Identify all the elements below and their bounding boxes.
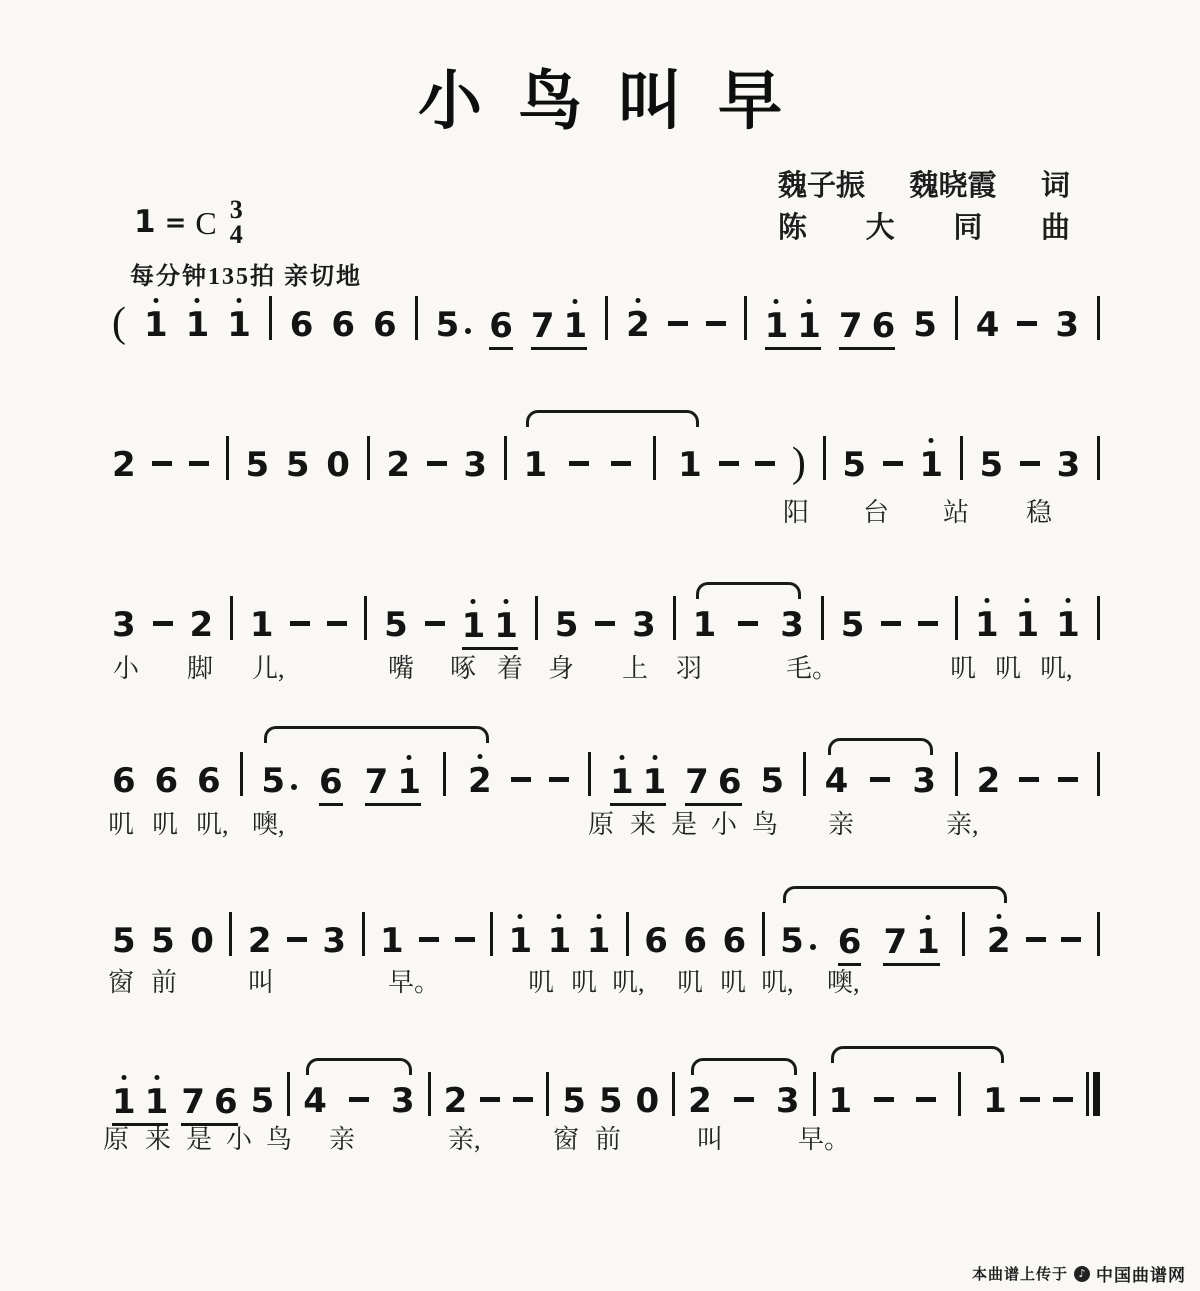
note-glyph: 2 xyxy=(468,764,492,798)
note-glyph: 1 xyxy=(227,308,251,342)
note-digit: 7 xyxy=(365,765,389,799)
note-glyph: 1 xyxy=(916,925,940,959)
note-glyph: 6 xyxy=(644,924,668,958)
note-digit: 2 xyxy=(468,764,492,798)
barline xyxy=(490,912,493,956)
slur-arc: 11 xyxy=(523,436,701,482)
note-glyph: 6 xyxy=(290,308,314,342)
note-glyph: 3 xyxy=(322,924,346,958)
note-glyph: 7 xyxy=(531,309,555,343)
duration-dash xyxy=(1061,937,1081,942)
note-digit: 7 xyxy=(181,1085,205,1119)
note-digit: 5 xyxy=(760,764,784,798)
music-line-6: 117654325502311 xyxy=(112,1072,1100,1118)
note-digit: 1 xyxy=(186,308,210,342)
beam-group: 11 xyxy=(462,609,518,650)
note-digit: 5 xyxy=(245,448,269,482)
barline xyxy=(653,436,656,480)
barline xyxy=(958,1072,961,1116)
note-glyph: 5 xyxy=(842,448,866,482)
barline xyxy=(546,1072,549,1116)
lyric-syllable: 叽, xyxy=(612,970,645,996)
beam-group: 71 xyxy=(365,765,421,806)
duration-dash xyxy=(1017,321,1037,326)
lyric-syllable: 叽 xyxy=(528,970,554,996)
lyric-syllable: 叫 xyxy=(697,1127,723,1153)
lyric-syllable: 叽, xyxy=(1040,656,1073,682)
lyric-syllable: 叫 xyxy=(248,970,274,996)
note-digit: 1 xyxy=(1016,608,1040,642)
note-digit: 1 xyxy=(983,1084,1007,1118)
close-paren: ) xyxy=(792,446,806,482)
note-glyph: 5 xyxy=(151,924,175,958)
note-digit: 1 xyxy=(975,608,999,642)
note-digit: 0 xyxy=(636,1084,660,1118)
note-digit: 5 xyxy=(599,1084,623,1118)
note-glyph: 1 xyxy=(693,608,717,642)
note-digit: 2 xyxy=(248,924,272,958)
beam-group: 71 xyxy=(883,925,939,966)
note-digit: 5 xyxy=(913,308,937,342)
note-glyph: 5 xyxy=(562,1084,586,1118)
lyric-syllable: 小 xyxy=(113,656,139,682)
note-glyph: 5 xyxy=(384,608,408,642)
note-digit: 1 xyxy=(919,448,943,482)
tempo-marking: 每分钟135拍 亲切地 xyxy=(130,256,362,291)
lyric-syllable: 站 xyxy=(943,500,969,526)
barline xyxy=(1097,912,1100,956)
beam-group: 11 xyxy=(112,1085,168,1126)
note-glyph: 2 xyxy=(248,924,272,958)
note-glyph: 1 xyxy=(548,924,572,958)
lyric-syllable: 儿, xyxy=(252,656,285,682)
lyric-syllable: 小 xyxy=(711,812,737,838)
composer-credit: 陈大同曲 xyxy=(778,214,1070,243)
note-digit: 5 xyxy=(112,924,136,958)
song-title: 小鸟叫早 xyxy=(0,50,1200,142)
note-digit: 0 xyxy=(190,924,214,958)
time-denominator: 4 xyxy=(230,223,243,248)
lyric-syllable: 噢, xyxy=(827,970,860,996)
note-glyph: 4 xyxy=(976,308,1000,342)
note-glyph: 5 xyxy=(112,924,136,958)
music-line-4: 6665671211765432 xyxy=(112,752,1100,798)
barline xyxy=(821,596,824,640)
duration-dash xyxy=(1020,461,1040,466)
note-digit: 6 xyxy=(155,764,179,798)
note-digit: 1 xyxy=(587,924,611,958)
note-glyph: 4 xyxy=(825,764,849,798)
duration-dash xyxy=(1019,777,1039,782)
credit-text: 魏晓霞 xyxy=(909,172,996,201)
note-digit: 2 xyxy=(688,1084,712,1118)
duration-dash xyxy=(511,777,531,782)
site-logo-icon xyxy=(1074,1266,1090,1282)
note-digit: 7 xyxy=(883,925,907,959)
music-line-2: 25502311)5153 xyxy=(112,436,1100,482)
note-glyph: 6 xyxy=(489,309,513,343)
note-glyph: 0 xyxy=(636,1084,660,1118)
lyric-syllable: 叽 xyxy=(152,812,178,838)
note-glyph: 5 xyxy=(979,448,1003,482)
note-glyph: 1 xyxy=(797,309,821,343)
lyric-syllable: 毛。 xyxy=(786,656,838,682)
note-glyph: 1 xyxy=(678,448,702,482)
open-paren: ( xyxy=(112,306,126,342)
note-glyph: 0 xyxy=(326,448,350,482)
lyric-syllable: 叽, xyxy=(196,812,229,838)
note-digit: 1 xyxy=(380,924,404,958)
duration-dash xyxy=(189,461,209,466)
barline xyxy=(364,596,367,640)
credit-text: 词 xyxy=(1041,172,1070,201)
note-digit: 5 xyxy=(979,448,1003,482)
duration-dash xyxy=(883,461,903,466)
barline xyxy=(1097,436,1100,480)
note-digit: 2 xyxy=(987,924,1011,958)
note-digit: 1 xyxy=(494,609,518,643)
barline xyxy=(588,752,591,796)
duration-dash xyxy=(1020,1097,1040,1102)
lyric-syllable: 羽 xyxy=(676,656,702,682)
augmentation-dot xyxy=(810,944,816,950)
note-glyph: 7 xyxy=(685,765,709,799)
key-equals: = xyxy=(165,210,187,236)
note-digit: 6 xyxy=(197,764,221,798)
note-digit: 3 xyxy=(391,1084,415,1118)
barline xyxy=(605,296,608,340)
note-digit: 1 xyxy=(508,924,532,958)
barline xyxy=(1097,296,1100,340)
note-digit: 1 xyxy=(828,1084,852,1118)
lyric-syllable: 亲, xyxy=(946,812,979,838)
duration-dash xyxy=(513,1097,533,1102)
note-digit: 3 xyxy=(112,608,136,642)
barline xyxy=(955,296,958,340)
note-glyph: 2 xyxy=(189,608,213,642)
note-digit: 1 xyxy=(397,765,421,799)
barline xyxy=(229,912,232,956)
note-digit: 5 xyxy=(555,608,579,642)
note-glyph: 2 xyxy=(444,1084,468,1118)
music-line-1: (111666567121176543 xyxy=(112,296,1100,342)
lyric-syllable: 来 xyxy=(145,1127,171,1153)
key-tonic: 1 xyxy=(134,207,156,238)
lyric-syllable: 稳 xyxy=(1026,500,1052,526)
note-digit: 1 xyxy=(523,448,547,482)
lyric-syllable: 叽 xyxy=(720,970,746,996)
lyric-syllable: 上 xyxy=(622,656,648,682)
beam-group: 76 xyxy=(181,1085,237,1126)
final-barline xyxy=(1086,1072,1100,1118)
note-glyph: 1 xyxy=(523,448,547,482)
note-glyph: 1 xyxy=(1056,608,1080,642)
note-glyph: 1 xyxy=(494,609,518,643)
note-digit: 1 xyxy=(765,309,789,343)
note-glyph: 6 xyxy=(872,309,896,343)
note-digit: 5 xyxy=(151,924,175,958)
note-digit: 3 xyxy=(322,924,346,958)
note-glyph: 7 xyxy=(181,1085,205,1119)
note-glyph: 2 xyxy=(688,1084,712,1118)
duration-dash xyxy=(153,621,173,626)
duration-dash xyxy=(738,621,758,626)
note-digit: 7 xyxy=(531,309,555,343)
lyric-syllable: 亲 xyxy=(828,812,854,838)
note-digit: 6 xyxy=(872,309,896,343)
note-digit: 6 xyxy=(723,924,747,958)
barline xyxy=(269,296,272,340)
note-digit: 3 xyxy=(1055,308,1079,342)
lyric-syllable: 啄 xyxy=(450,656,476,682)
note-glyph: 3 xyxy=(780,608,804,642)
lyricist-credit: 魏子振魏晓霞词 xyxy=(778,172,1070,201)
duration-dash xyxy=(734,1097,754,1102)
lyric-syllable: 阳 xyxy=(783,500,809,526)
beam-group: 11 xyxy=(765,309,821,350)
note-digit: 6 xyxy=(112,764,136,798)
slur-arc: 43 xyxy=(303,1084,414,1118)
note-glyph: 1 xyxy=(765,309,789,343)
note-glyph: 5 xyxy=(286,448,310,482)
watermark: 本曲谱上传于 中国曲谱网 xyxy=(972,1261,1186,1286)
note-glyph: 6 xyxy=(718,765,742,799)
note-glyph: 6 xyxy=(838,925,862,959)
lyric-syllable: 叽 xyxy=(995,656,1021,682)
duration-dash xyxy=(1058,777,1078,782)
lyric-syllable: 原 xyxy=(588,812,614,838)
duration-dash xyxy=(1026,937,1046,942)
note-digit: 0 xyxy=(326,448,350,482)
lyric-syllable: 早。 xyxy=(388,970,440,996)
lyric-syllable: 鸟 xyxy=(266,1127,292,1153)
lyric-syllable: 叽 xyxy=(571,970,597,996)
note-digit: 1 xyxy=(548,924,572,958)
note-digit: 5 xyxy=(436,308,472,342)
barline xyxy=(803,752,806,796)
note-glyph: 3 xyxy=(776,1084,800,1118)
barline xyxy=(626,912,629,956)
duration-dash xyxy=(419,937,439,942)
duration-dash xyxy=(870,777,890,782)
note-digit: 2 xyxy=(626,308,650,342)
lyric-syllable: 窗 xyxy=(553,1127,579,1153)
note-glyph: 5 xyxy=(599,1084,623,1118)
note-digit: 2 xyxy=(386,448,410,482)
augmentation-dot xyxy=(291,784,297,790)
note-digit: 6 xyxy=(373,308,397,342)
note-glyph: 1 xyxy=(1016,608,1040,642)
barline xyxy=(960,436,963,480)
note-glyph: 4 xyxy=(303,1084,327,1118)
note-glyph: 7 xyxy=(839,309,863,343)
note-digit: 3 xyxy=(632,608,656,642)
lyric-syllable: 亲, xyxy=(448,1127,481,1153)
note-digit: 1 xyxy=(145,1085,169,1119)
lyric-syllable: 来 xyxy=(630,812,656,838)
note-digit: 3 xyxy=(463,448,487,482)
duration-dash xyxy=(287,937,307,942)
note-digit: 3 xyxy=(780,608,804,642)
barline xyxy=(240,752,243,796)
note-digit: 6 xyxy=(838,925,862,959)
note-glyph: 5 xyxy=(780,924,804,958)
duration-dash xyxy=(668,321,688,326)
beam-group: 6 xyxy=(489,309,513,350)
note-glyph: 1 xyxy=(564,309,588,343)
duration-dash xyxy=(425,621,445,626)
barline xyxy=(762,912,765,956)
augmentation-dot xyxy=(465,328,471,334)
lyric-syllable: 原 xyxy=(103,1127,129,1153)
lyric-syllable: 是 xyxy=(186,1127,212,1153)
beam-group: 71 xyxy=(531,309,587,350)
note-digit: 5 xyxy=(842,448,866,482)
duration-dash xyxy=(611,461,631,466)
final-barline-thick xyxy=(1093,1072,1100,1116)
barline xyxy=(813,1072,816,1116)
note-glyph: 0 xyxy=(190,924,214,958)
note-glyph: 5 xyxy=(245,448,269,482)
duration-dash xyxy=(755,461,775,466)
note-glyph: 5 xyxy=(555,608,579,642)
duration-dash xyxy=(1053,1097,1073,1102)
slur-arc: 43 xyxy=(825,764,936,798)
note-digit: 1 xyxy=(678,448,702,482)
note-glyph: 3 xyxy=(632,608,656,642)
note-glyph: 6 xyxy=(112,764,136,798)
note-digit: 1 xyxy=(797,309,821,343)
note-digit: 3 xyxy=(912,764,936,798)
note-glyph: 2 xyxy=(112,448,136,482)
final-barline-thin xyxy=(1086,1072,1089,1116)
note-glyph: 5 xyxy=(436,308,460,342)
note-digit: 6 xyxy=(290,308,314,342)
note-digit: 6 xyxy=(644,924,668,958)
note-glyph: 1 xyxy=(397,765,421,799)
barline xyxy=(962,912,965,956)
duration-dash xyxy=(874,1097,894,1102)
credit-text: 同 xyxy=(953,214,982,243)
lyric-syllable: 叽, xyxy=(761,970,794,996)
duration-dash xyxy=(427,461,447,466)
beam-group: 76 xyxy=(839,309,895,350)
note-digit: 2 xyxy=(112,448,136,482)
note-digit: 2 xyxy=(977,764,1001,798)
note-digit: 6 xyxy=(718,765,742,799)
note-digit: 1 xyxy=(462,609,486,643)
duration-dash xyxy=(719,461,739,466)
note-digit: 1 xyxy=(112,1085,136,1119)
note-digit: 4 xyxy=(825,764,849,798)
note-digit: 1 xyxy=(250,608,274,642)
credit-text: 陈 xyxy=(778,214,807,243)
barline xyxy=(744,296,747,340)
duration-dash xyxy=(569,461,589,466)
note-glyph: 1 xyxy=(186,308,210,342)
barline xyxy=(535,596,538,640)
note-glyph: 1 xyxy=(975,608,999,642)
note-digit: 1 xyxy=(916,925,940,959)
note-digit: 7 xyxy=(839,309,863,343)
note-glyph: 1 xyxy=(508,924,532,958)
note-digit: 5 xyxy=(251,1084,275,1118)
key-letter: C xyxy=(195,207,216,239)
note-glyph: 3 xyxy=(112,608,136,642)
note-digit: 1 xyxy=(693,608,717,642)
note-glyph: 6 xyxy=(214,1085,238,1119)
beam-group: 6 xyxy=(838,925,862,966)
note-digit: 6 xyxy=(331,308,355,342)
lyric-syllable: 前 xyxy=(151,970,177,996)
note-digit: 1 xyxy=(144,308,168,342)
note-digit: 2 xyxy=(444,1084,468,1118)
duration-dash xyxy=(480,1097,500,1102)
note-glyph: 2 xyxy=(386,448,410,482)
duration-dash xyxy=(327,621,347,626)
key-signature: 1 = C 3 4 xyxy=(134,198,243,247)
note-digit: 1 xyxy=(610,765,634,799)
note-glyph: 1 xyxy=(983,1084,1007,1118)
site-name: 中国曲谱网 xyxy=(1096,1261,1186,1286)
lyric-syllable: 鸟 xyxy=(752,812,778,838)
note-glyph: 3 xyxy=(463,448,487,482)
note-digit: 6 xyxy=(214,1085,238,1119)
duration-dash xyxy=(916,1097,936,1102)
duration-dash xyxy=(290,621,310,626)
barline xyxy=(287,1072,290,1116)
duration-dash xyxy=(152,461,172,466)
music-line-5: 55023111166656712 xyxy=(112,912,1100,958)
note-glyph: 6 xyxy=(683,924,707,958)
note-glyph: 3 xyxy=(912,764,936,798)
duration-dash xyxy=(349,1097,369,1102)
lyric-syllable: 台 xyxy=(863,500,889,526)
beam-group: 11 xyxy=(610,765,666,806)
lyric-syllable: 叽 xyxy=(950,656,976,682)
credit-text: 魏子振 xyxy=(778,172,865,201)
note-digit: 4 xyxy=(976,308,1000,342)
note-glyph: 1 xyxy=(828,1084,852,1118)
barline xyxy=(1097,596,1100,640)
barline xyxy=(955,752,958,796)
lyric-syllable: 噢, xyxy=(252,812,285,838)
note-digit: 5 xyxy=(261,764,297,798)
note-glyph: 1 xyxy=(250,608,274,642)
note-digit: 2 xyxy=(189,608,213,642)
barline xyxy=(230,596,233,640)
note-glyph: 3 xyxy=(1055,308,1079,342)
duration-dash xyxy=(455,937,475,942)
lyric-syllable: 小 xyxy=(226,1127,252,1153)
duration-dash xyxy=(706,321,726,326)
note-glyph: 6 xyxy=(319,765,343,799)
credit-text: 曲 xyxy=(1041,214,1070,243)
lyric-syllable: 亲 xyxy=(329,1127,355,1153)
lyric-syllable: 脚 xyxy=(187,656,213,682)
barline xyxy=(443,752,446,796)
lyric-syllable: 前 xyxy=(595,1127,621,1153)
note-glyph: 2 xyxy=(626,308,650,342)
duration-dash xyxy=(549,777,569,782)
note-digit: 5 xyxy=(841,608,865,642)
note-glyph: 7 xyxy=(365,765,389,799)
note-glyph: 1 xyxy=(587,924,611,958)
note-digit: 4 xyxy=(303,1084,327,1118)
note-glyph: 3 xyxy=(391,1084,415,1118)
lyric-syllable: 叽 xyxy=(677,970,703,996)
barline xyxy=(415,296,418,340)
